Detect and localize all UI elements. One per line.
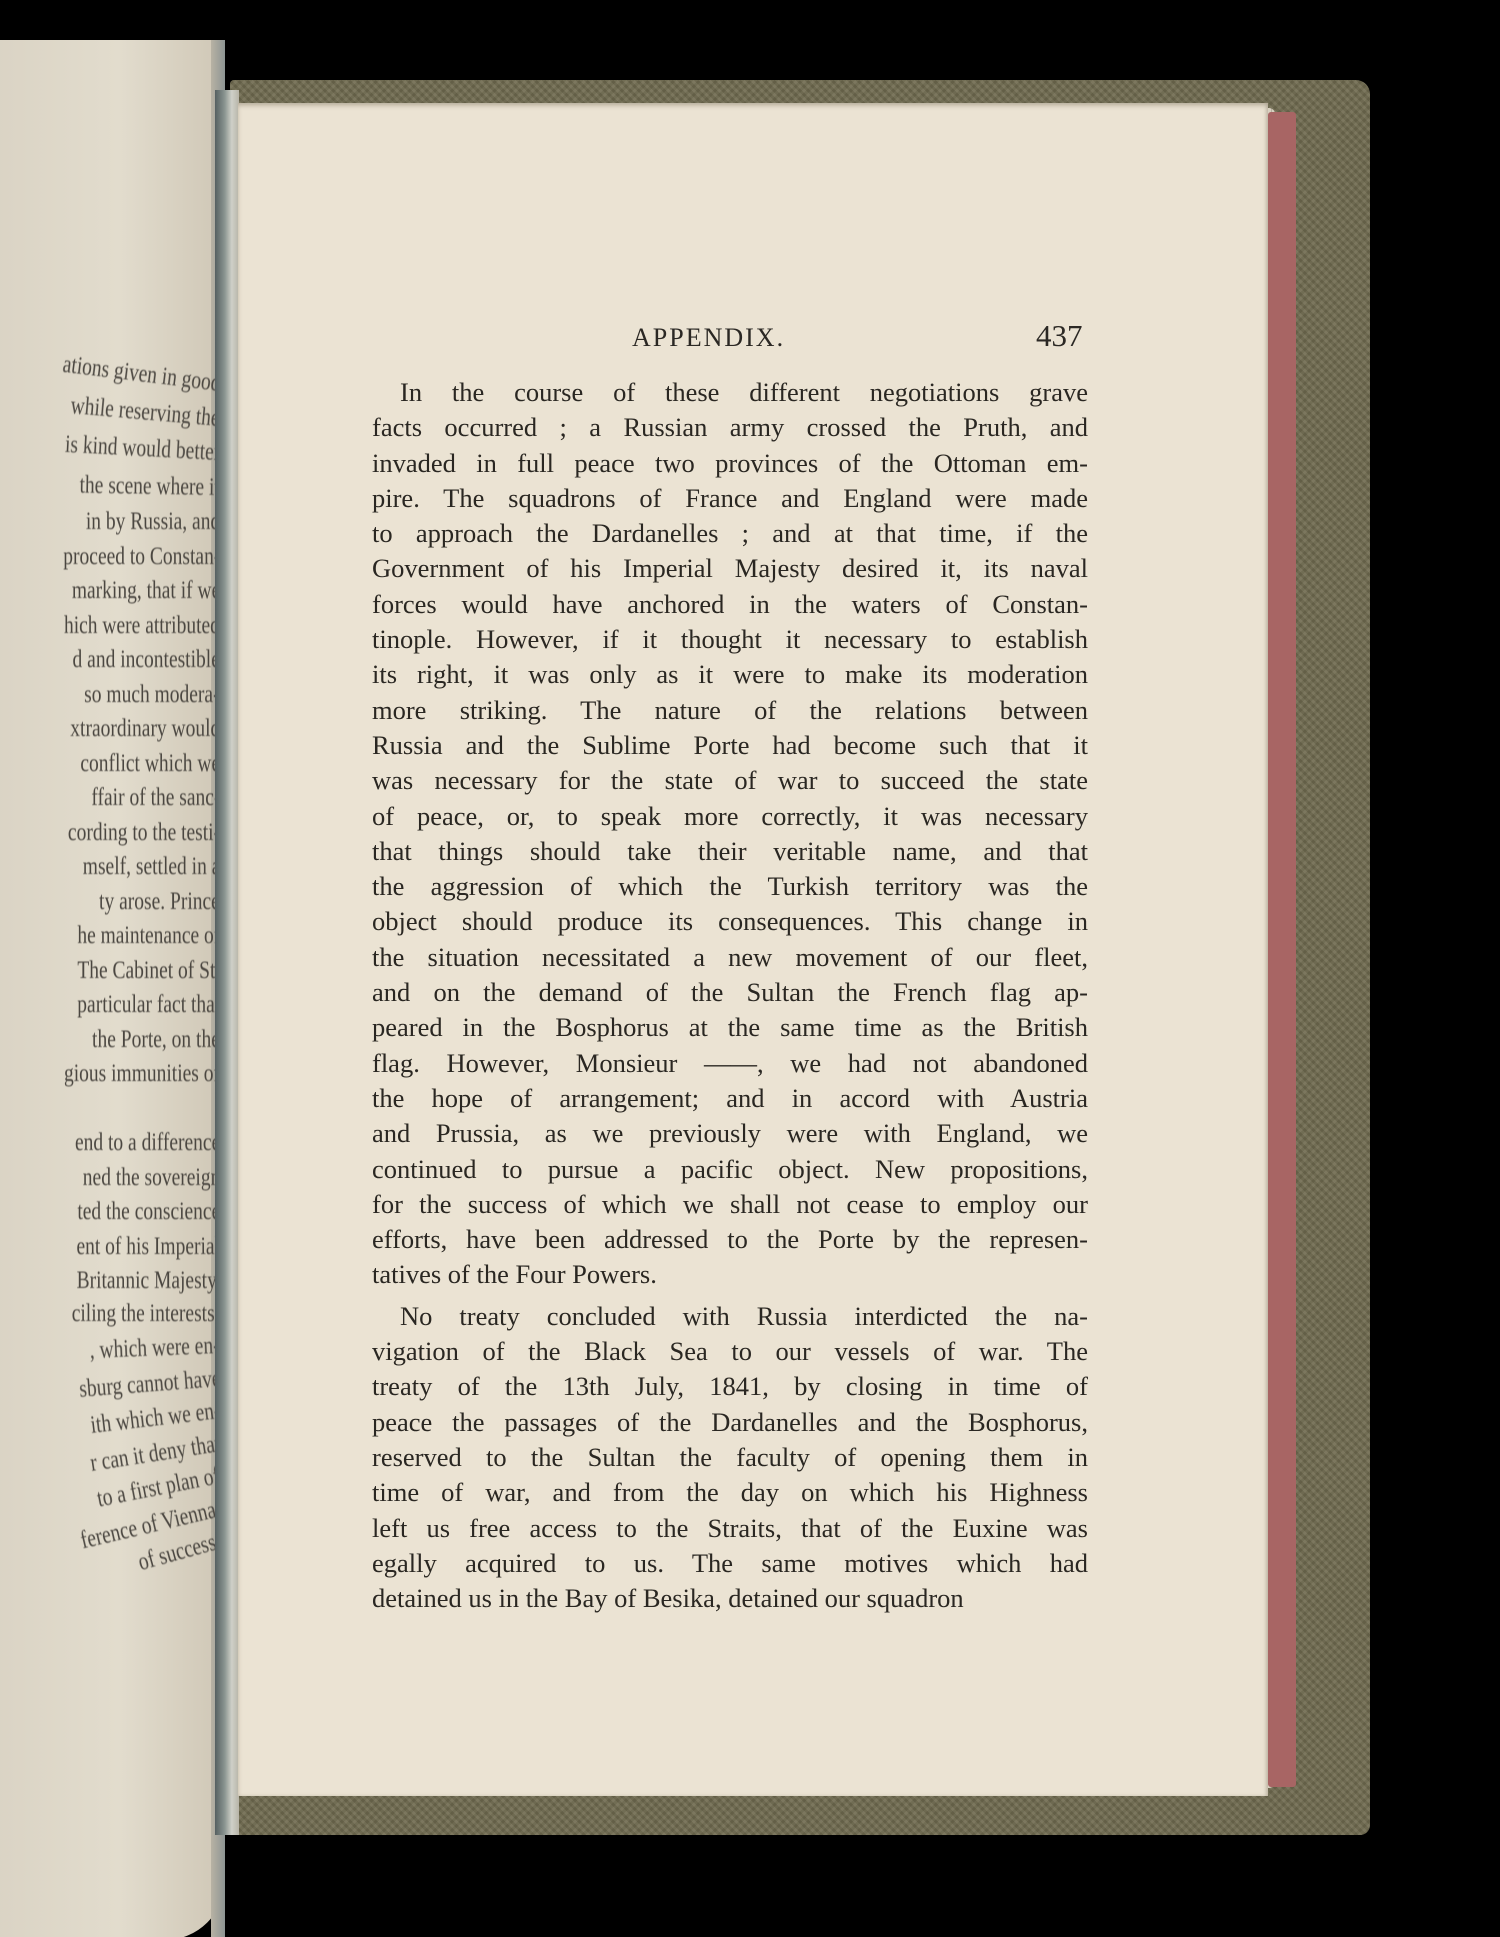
left-text-line: mself, settled in a xyxy=(82,853,220,881)
left-text-line: xtraordinary would xyxy=(70,715,220,743)
text-line: of peace, or, to speak more correctly, i… xyxy=(372,799,1088,834)
text-line: vigation of the Black Sea to our vessels… xyxy=(372,1334,1088,1369)
text-line: facts occurred ; a Russian army crossed … xyxy=(372,410,1088,445)
left-text-line: conflict which we xyxy=(80,750,220,778)
left-text-line: the scene where it xyxy=(80,471,221,501)
text-line: egally acquired to us. The same motives … xyxy=(372,1546,1088,1581)
text-line: forces would have anchored in the waters… xyxy=(372,587,1088,622)
text-line: its right, it was only as it were to mak… xyxy=(372,657,1088,692)
text-line: pire. The squadrons of France and Englan… xyxy=(372,481,1088,516)
text-line: time of war, and from the day on which h… xyxy=(372,1475,1088,1510)
text-line: the hope of arrangement; and in accord w… xyxy=(372,1081,1088,1116)
text-line: tatives of the Four Powers. xyxy=(372,1257,1088,1292)
text-line: In the course of these different negotia… xyxy=(372,375,1088,410)
left-text-line: in by Russia, and xyxy=(86,508,220,536)
text-line: reserved to the Sultan the faculty of op… xyxy=(372,1440,1088,1475)
text-line: object should produce its consequences. … xyxy=(372,904,1088,939)
red-page-edge xyxy=(1268,112,1296,1787)
text-line: detained us in the Bay of Besika, detain… xyxy=(372,1581,1088,1616)
left-text-line: ent of his Imperial xyxy=(76,1233,220,1261)
text-line: tinople. However, if it thought it neces… xyxy=(372,622,1088,657)
left-text-line: hich were attributed xyxy=(64,612,220,640)
text-line: left us free access to the Straits, that… xyxy=(372,1511,1088,1546)
text-line: the situation necessitated a new movemen… xyxy=(372,940,1088,975)
text-line: invaded in full peace two provinces of t… xyxy=(372,446,1088,481)
left-text-line: sburg cannot have xyxy=(78,1365,221,1404)
left-text-line: , which were en- xyxy=(90,1332,221,1365)
book-gutter xyxy=(215,90,239,1835)
left-text-line: d and incontestible xyxy=(73,646,220,674)
text-line: for the success of which we shall not ce… xyxy=(372,1187,1088,1222)
text-line: and Prussia, as we previously were with … xyxy=(372,1116,1088,1151)
left-text-line: marking, that if we xyxy=(72,577,220,605)
text-line: the aggression of which the Turkish terr… xyxy=(372,869,1088,904)
left-text-line: ned the sovereign xyxy=(82,1164,220,1192)
page-body-text: In the course of these different negotia… xyxy=(372,375,1088,1616)
left-text-line: end to a difference xyxy=(75,1129,220,1157)
running-head: APPENDIX. xyxy=(632,323,785,353)
left-text-line: ty arose. Prince xyxy=(99,888,220,916)
text-line: Government of his Imperial Majesty desir… xyxy=(372,551,1088,586)
left-text-line: is kind would better xyxy=(64,431,221,467)
text-line: peared in the Bosphorus at the same time… xyxy=(372,1010,1088,1045)
text-line: was necessary for the state of war to su… xyxy=(372,763,1088,798)
text-line: and on the demand of the Sultan the Fren… xyxy=(372,975,1088,1010)
page-number: 437 xyxy=(1036,318,1083,354)
text-line: efforts, have been addressed to the Port… xyxy=(372,1222,1088,1257)
left-text-line: cording to the testi- xyxy=(68,819,220,847)
left-text-line: ted the conscience xyxy=(77,1198,220,1226)
text-line: continued to pursue a pacific object. Ne… xyxy=(372,1152,1088,1187)
left-text-line: ciling the interests, xyxy=(72,1300,220,1328)
left-text-line: he maintenance of xyxy=(77,922,220,950)
text-line: Russia and the Sublime Porte had become … xyxy=(372,728,1088,763)
text-line: that things should take their veritable … xyxy=(372,834,1088,869)
left-text-line: the Porte, on the xyxy=(92,1026,220,1054)
left-text-line: Britannic Majesty, xyxy=(76,1267,220,1295)
left-text-line: The Cabinet of St. xyxy=(77,957,220,985)
left-text-line: gious immunities of xyxy=(64,1060,220,1088)
left-text-line: proceed to Constan- xyxy=(63,543,220,571)
text-line: No treaty concluded with Russia interdic… xyxy=(372,1299,1088,1334)
left-text-line: ffair of the sanc- xyxy=(91,784,220,812)
left-text-line: ations given in good xyxy=(61,351,222,398)
text-line: more striking. The nature of the relatio… xyxy=(372,693,1088,728)
left-page: ations given in goodwhile reserving thei… xyxy=(0,40,225,1937)
left-text-line: so much modera- xyxy=(85,681,220,709)
text-line: to approach the Dardanelles ; and at tha… xyxy=(372,516,1088,551)
text-line: treaty of the 13th July, 1841, by closin… xyxy=(372,1369,1088,1404)
left-text-line: while reserving the xyxy=(70,392,221,433)
text-line: flag. However, Monsieur ——, we had not a… xyxy=(372,1046,1088,1081)
text-line: peace the passages of the Dardanelles an… xyxy=(372,1405,1088,1440)
left-text-line: particular fact that xyxy=(77,991,220,1019)
